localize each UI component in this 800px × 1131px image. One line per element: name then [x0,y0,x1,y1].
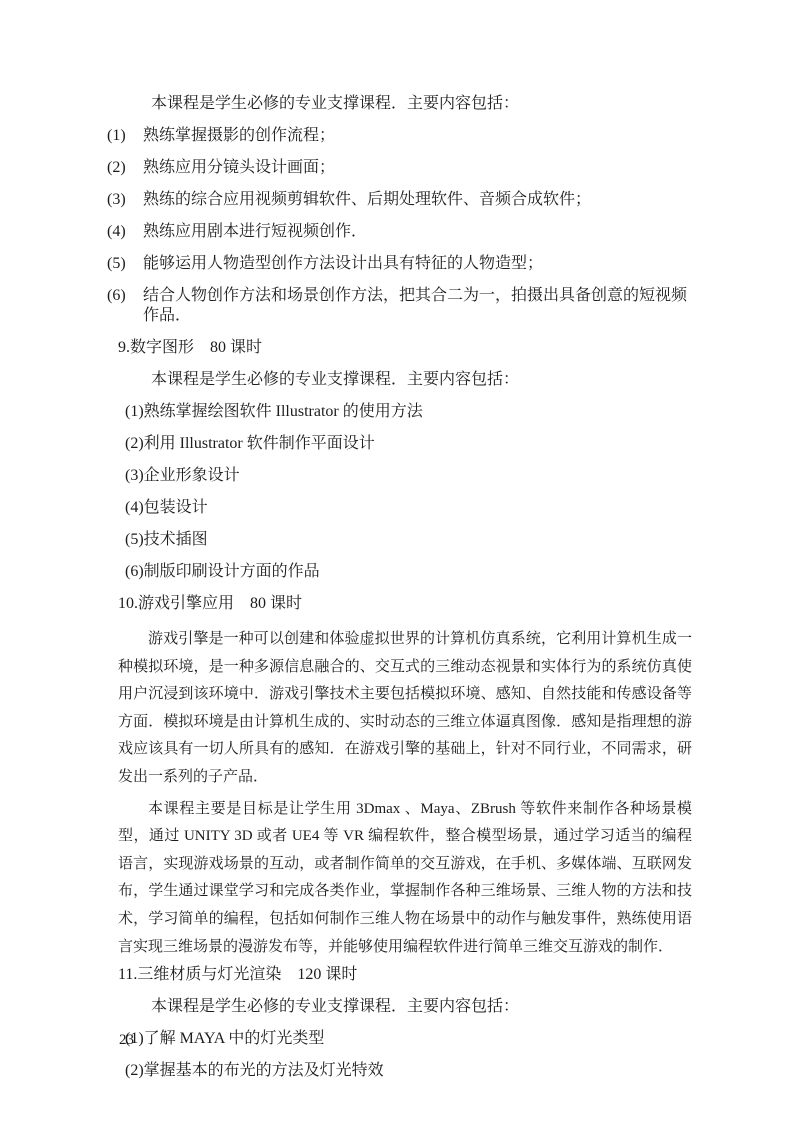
list-item-marker: (6) [107,286,143,326]
list-item-text: 熟练掌握摄影的创作流程； [143,126,692,146]
document-page: 本课程是学生必修的专业支撑课程．主要内容包括：(1)熟练掌握摄影的创作流程；(2… [0,0,800,1131]
list-item: (2)利用 Illustrator 软件制作平面设计 [125,434,692,454]
list-item: (1)了解 MAYA 中的灯光类型 [125,1029,692,1049]
course-heading: 11.三维材质与灯光渲染 120 课时 [118,965,692,985]
list-item: (3)熟练的综合应用视频剪辑软件、后期处理软件、音频合成软件； [107,190,692,210]
list-item: (1)熟练掌握摄影的创作流程； [107,126,692,146]
page-number: 23 [119,1031,134,1049]
list-item-text: 熟练应用剧本进行短视频创作． [143,222,692,242]
course-paragraph: 本课程主要是目标是让学生用 3Dmax 、Maya、ZBrush 等软件来制作各… [118,796,692,962]
list-item: (2)掌握基本的布光的方法及灯光特效 [125,1061,692,1081]
list-item: (4)包装设计 [125,498,692,518]
document-body: 本课程是学生必修的专业支撑课程．主要内容包括：(1)熟练掌握摄影的创作流程；(2… [118,94,692,1093]
course-paragraph: 游戏引擎是一种可以创建和体验虚拟世界的计算机仿真系统，它利用计算机生成一种模拟环… [118,626,692,792]
list-item-text: 熟练的综合应用视频剪辑软件、后期处理软件、音频合成软件； [143,190,692,210]
intro-line: 本课程是学生必修的专业支撑课程．主要内容包括： [118,997,692,1017]
list-item-marker: (4) [107,222,143,242]
course-heading: 9.数字图形 80 课时 [118,338,692,358]
list-item-marker: (1) [107,126,143,146]
list-item: (5)能够运用人物造型创作方法设计出具有特征的人物造型； [107,254,692,274]
list-item: (6)制版印刷设计方面的作品 [125,562,692,582]
list-item-marker: (5) [107,254,143,274]
list-item-marker: (2) [107,158,143,178]
course-heading: 10.游戏引擎应用 80 课时 [118,594,692,614]
list-item: (5)技术插图 [125,530,692,550]
list-item: (1)熟练掌握绘图软件 Illustrator 的使用方法 [125,402,692,422]
intro-line: 本课程是学生必修的专业支撑课程．主要内容包括： [118,94,692,114]
list-item-text: 能够运用人物造型创作方法设计出具有特征的人物造型； [143,254,692,274]
intro-line: 本课程是学生必修的专业支撑课程．主要内容包括： [118,370,692,390]
list-item-marker: (3) [107,190,143,210]
list-item: (2)熟练应用分镜头设计画面； [107,158,692,178]
list-item-text: 熟练应用分镜头设计画面； [143,158,692,178]
list-item: (3)企业形象设计 [125,466,692,486]
list-item: (6)结合人物创作方法和场景创作方法，把其合二为一，拍摄出具备创意的短视频作品． [107,286,692,326]
list-item: (4)熟练应用剧本进行短视频创作． [107,222,692,242]
list-item-text: 结合人物创作方法和场景创作方法，把其合二为一，拍摄出具备创意的短视频作品． [143,286,692,326]
